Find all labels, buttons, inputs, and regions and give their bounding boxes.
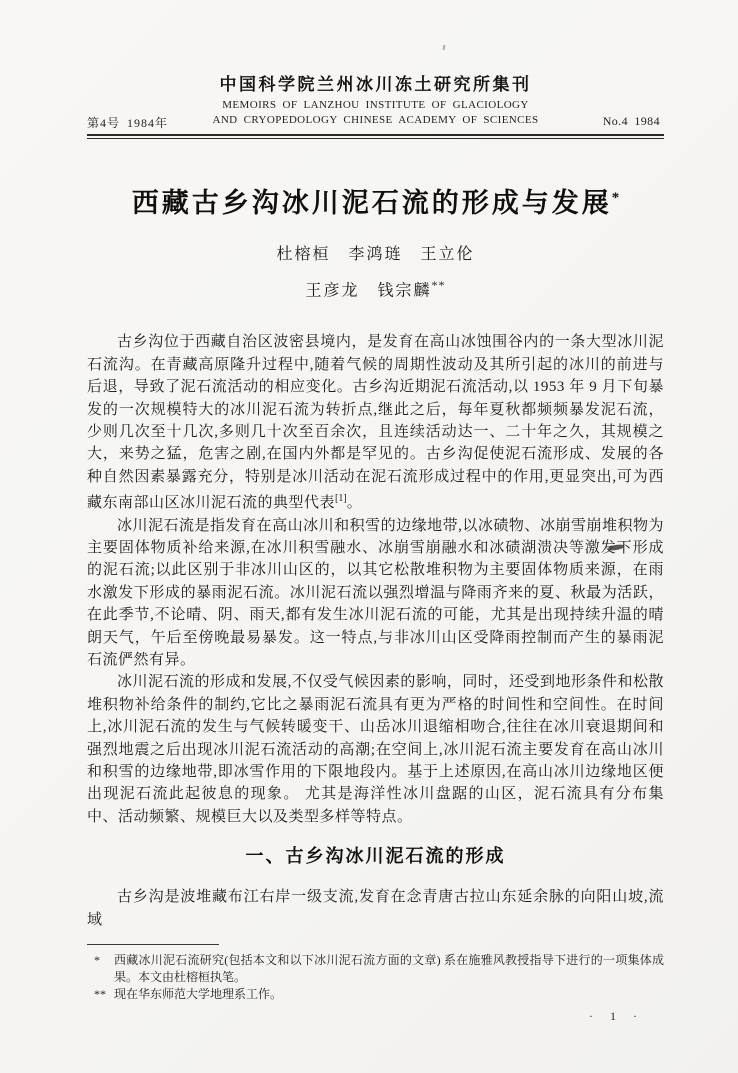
- paragraph-1-period: 。: [347, 495, 363, 511]
- authors-row-1: 杜榕桓 李鸿琏 王立伦: [87, 240, 664, 270]
- paragraph-1: 古乡沟位于西藏自治区波密县境内，是发育在高山冰蚀围谷内的一条大型冰川泥石流沟。在…: [87, 331, 664, 514]
- section-1-heading: 一、古乡沟冰川泥石流的形成: [87, 842, 664, 868]
- page-footer: * 西藏冰川泥石流研究(包括本文和以下冰川泥石流方面的文章) 系在施雅风教授指导…: [87, 944, 664, 1024]
- footnote-divider-rule: [87, 944, 219, 945]
- title-footnote-asterisk: *: [612, 190, 620, 206]
- paragraph-1-text: 古乡沟位于西藏自治区波密县境内，是发育在高山冰蚀围谷内的一条大型冰川泥石流沟。在…: [87, 334, 664, 511]
- paragraph-3: 冰川泥石流的形成和发展,不仅受气候因素的影响，同时，还受到地形条件和松散堆积物补…: [87, 671, 664, 828]
- footnote-1: * 西藏冰川泥石流研究(包括本文和以下冰川泥石流方面的文章) 系在施雅风教授指导…: [87, 952, 664, 986]
- journal-page: 中国科学院兰州冰川冻土研究所集刊 MEMOIRS OF LANZHOU INST…: [0, 0, 738, 1073]
- article-title-text: 西藏古乡沟冰川泥石流的形成与发展: [132, 188, 612, 218]
- reference-mark-1: [1]: [335, 493, 347, 504]
- paragraph-2: 冰川泥石流是指发育在高山冰川和积雪的边缘地带,以冰碛物、冰崩雪崩堆积物为主要固体…: [87, 515, 664, 672]
- page-number: · 1 ·: [87, 1009, 664, 1024]
- authors-row-2: 王彦龙 钱宗麟**: [87, 270, 664, 306]
- masthead-divider-rule: [87, 134, 664, 139]
- footnote-2: ** 现在华东师范大学地理系工作。: [87, 986, 664, 1003]
- footnote-2-marker: **: [94, 986, 106, 1003]
- authors-row-2-names: 王彦龙 钱宗麟: [305, 282, 431, 299]
- article: 西藏古乡沟冰川泥石流的形成与发展* 杜榕桓 李鸿琏 王立伦 王彦龙 钱宗麟** …: [87, 181, 664, 931]
- journal-title-chinese: 中国科学院兰州冰川冻土研究所集刊: [87, 70, 664, 95]
- footnote-1-marker: *: [94, 952, 100, 969]
- issue-number-chinese: 第4号 1984年: [87, 114, 168, 131]
- footnote-2-text: 现在华东师范大学地理系工作。: [114, 987, 282, 1001]
- journal-title-english-line1: MEMOIRS OF LANZHOU INSTITUTE OF GLACIOLO…: [87, 99, 664, 111]
- journal-issue-row: 第4号 1984年 AND CRYOPEDOLOGY CHINESE ACADE…: [87, 114, 664, 126]
- page-content: 中国科学院兰州冰川冻土研究所集刊 MEMOIRS OF LANZHOU INST…: [87, 70, 664, 1024]
- section-1-paragraph: 古乡沟是波堆藏布江右岸一级支流,发育在念青唐古拉山东延余脉的向阳山坡,流域: [87, 886, 664, 931]
- issue-number-english: No.4 1984: [603, 114, 660, 129]
- article-title: 西藏古乡沟冰川泥石流的形成与发展*: [87, 181, 664, 220]
- article-body: 古乡沟位于西藏自治区波密县境内，是发育在高山冰蚀围谷内的一条大型冰川泥石流沟。在…: [87, 331, 664, 931]
- scan-speck-artifact: [443, 45, 446, 50]
- authors-footnote-asterisks: **: [432, 278, 446, 292]
- footnote-list: * 西藏冰川泥石流研究(包括本文和以下冰川泥石流方面的文章) 系在施雅风教授指导…: [87, 952, 664, 1003]
- journal-title-english-line2: AND CRYOPEDOLOGY CHINESE ACADEMY OF SCIE…: [212, 114, 538, 126]
- footnote-1-text: 西藏冰川泥石流研究(包括本文和以下冰川泥石流方面的文章) 系在施雅风教授指导下进…: [114, 953, 664, 984]
- journal-masthead: 中国科学院兰州冰川冻土研究所集刊 MEMOIRS OF LANZHOU INST…: [87, 70, 664, 139]
- author-list: 杜榕桓 李鸿琏 王立伦 王彦龙 钱宗麟**: [87, 240, 664, 306]
